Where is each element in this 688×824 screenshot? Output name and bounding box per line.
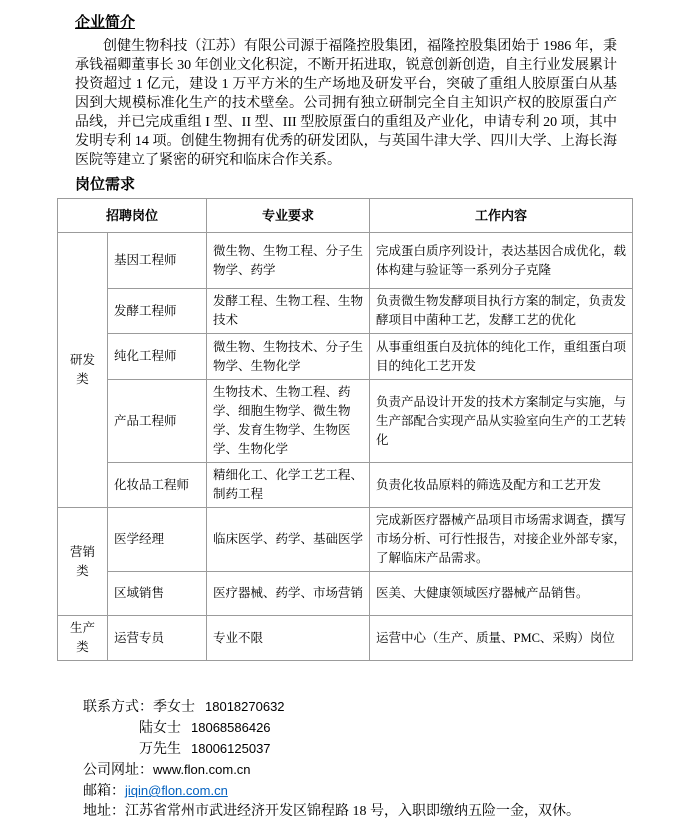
major-cell: 微生物、生物工程、分子生物学、药学 [207, 233, 370, 289]
address-text: 江苏省常州市武进经济开发区锦程路 18 号，入职即缴纳五险一金，双休。 [125, 804, 580, 819]
table-row: 发酵工程师 发酵工程、生物工程、生物技术 负责微生物发酵项目执行方案的制定，负责… [58, 289, 633, 334]
position-cell: 运营专员 [108, 616, 207, 661]
contact-name: 陆女士 [139, 721, 181, 736]
website-line: 公司网址：www.flon.com.cn [83, 760, 668, 781]
contact-phone: 18006125037 [191, 741, 271, 756]
column-header-position: 招聘岗位 [58, 199, 207, 233]
column-header-major: 专业要求 [207, 199, 370, 233]
address-label: 地址： [83, 804, 125, 819]
major-cell: 生物技术、生物工程、药学、细胞生物学、微生物学、发育生物学、生物医学、生物化学 [207, 380, 370, 463]
document-page: 企业简介 创健生物科技（江苏）有限公司源于福隆控股集团，福隆控股集团始于 198… [0, 0, 688, 824]
positions-table: 招聘岗位 专业要求 工作内容 研发类 基因工程师 微生物、生物工程、分子生物学、… [57, 198, 633, 661]
major-cell: 专业不限 [207, 616, 370, 661]
major-cell: 医疗器械、药学、市场营销 [207, 572, 370, 616]
table-header-row: 招聘岗位 专业要求 工作内容 [58, 199, 633, 233]
table-row: 营销类 医学经理 临床医学、药学、基础医学 完成新医疗器械产品项目市场需求调查，… [58, 508, 633, 572]
major-cell: 发酵工程、生物工程、生物技术 [207, 289, 370, 334]
email-link[interactable]: jiqin@flon.com.cn [125, 783, 228, 798]
category-cell-production: 生产类 [58, 616, 108, 661]
section-title-position-requirements: 岗位需求 [75, 175, 688, 195]
category-cell-marketing: 营销类 [58, 508, 108, 616]
position-cell: 纯化工程师 [108, 334, 207, 380]
address-line: 地址：江苏省常州市武进经济开发区锦程路 18 号，入职即缴纳五险一金，双休。 [83, 802, 668, 822]
company-intro-paragraph: 创健生物科技（江苏）有限公司源于福隆控股集团，福隆控股集团始于 1986 年，秉… [75, 37, 617, 170]
website-label: 公司网址： [83, 763, 153, 778]
major-cell: 临床医学、药学、基础医学 [207, 508, 370, 572]
position-cell: 区域销售 [108, 572, 207, 616]
duty-cell: 完成蛋白质序列设计，表达基因合成优化，载体构建与验证等一系列分子克隆 [370, 233, 633, 289]
duty-cell: 完成新医疗器械产品项目市场需求调查，撰写市场分析、可行性报告，对接企业外部专家，… [370, 508, 633, 572]
duty-cell: 从事重组蛋白及抗体的纯化工作，重组蛋白项目的纯化工艺开发 [370, 334, 633, 380]
position-cell: 化妆品工程师 [108, 463, 207, 508]
contact-name: 万先生 [139, 742, 181, 757]
contact-phone: 18068586426 [191, 720, 271, 735]
column-header-duty: 工作内容 [370, 199, 633, 233]
position-cell: 产品工程师 [108, 380, 207, 463]
contact-label: 联系方式： [83, 700, 153, 715]
major-cell: 微生物、生物技术、分子生物学、生物化学 [207, 334, 370, 380]
position-cell: 发酵工程师 [108, 289, 207, 334]
category-cell-rd: 研发类 [58, 233, 108, 508]
table-row: 区域销售 医疗器械、药学、市场营销 医美、大健康领域医疗器械产品销售。 [58, 572, 633, 616]
duty-cell: 负责化妆品原料的筛选及配方和工艺开发 [370, 463, 633, 508]
contact-block: 联系方式：季女士18018270632 陆女士18068586426 万先生18… [83, 697, 668, 822]
table-row: 产品工程师 生物技术、生物工程、药学、细胞生物学、微生物学、发育生物学、生物医学… [58, 380, 633, 463]
position-cell: 基因工程师 [108, 233, 207, 289]
table-row: 化妆品工程师 精细化工、化学工艺工程、制药工程 负责化妆品原料的筛选及配方和工艺… [58, 463, 633, 508]
duty-cell: 医美、大健康领域医疗器械产品销售。 [370, 572, 633, 616]
duty-cell: 负责微生物发酵项目执行方案的制定，负责发酵项目中菌种工艺，发酵工艺的优化 [370, 289, 633, 334]
section-title-company-profile: 企业简介 [75, 13, 688, 33]
duty-cell: 运营中心（生产、质量、PMC、采购）岗位 [370, 616, 633, 661]
email-line: 邮箱：jiqin@flon.com.cn [83, 781, 668, 802]
contact-line-2: 陆女士18068586426 [83, 718, 668, 739]
contact-line-1: 联系方式：季女士18018270632 [83, 697, 668, 718]
contact-phone: 18018270632 [205, 699, 285, 714]
website-url: www.flon.com.cn [153, 762, 251, 777]
duty-cell: 负责产品设计开发的技术方案制定与实施，与生产部配合实现产品从实验室向生产的工艺转… [370, 380, 633, 463]
contact-line-3: 万先生18006125037 [83, 739, 668, 760]
email-label: 邮箱： [83, 784, 125, 799]
contact-name: 季女士 [153, 700, 195, 715]
major-cell: 精细化工、化学工艺工程、制药工程 [207, 463, 370, 508]
position-cell: 医学经理 [108, 508, 207, 572]
table-row: 纯化工程师 微生物、生物技术、分子生物学、生物化学 从事重组蛋白及抗体的纯化工作… [58, 334, 633, 380]
table-row: 研发类 基因工程师 微生物、生物工程、分子生物学、药学 完成蛋白质序列设计，表达… [58, 233, 633, 289]
table-row: 生产类 运营专员 专业不限 运营中心（生产、质量、PMC、采购）岗位 [58, 616, 633, 661]
